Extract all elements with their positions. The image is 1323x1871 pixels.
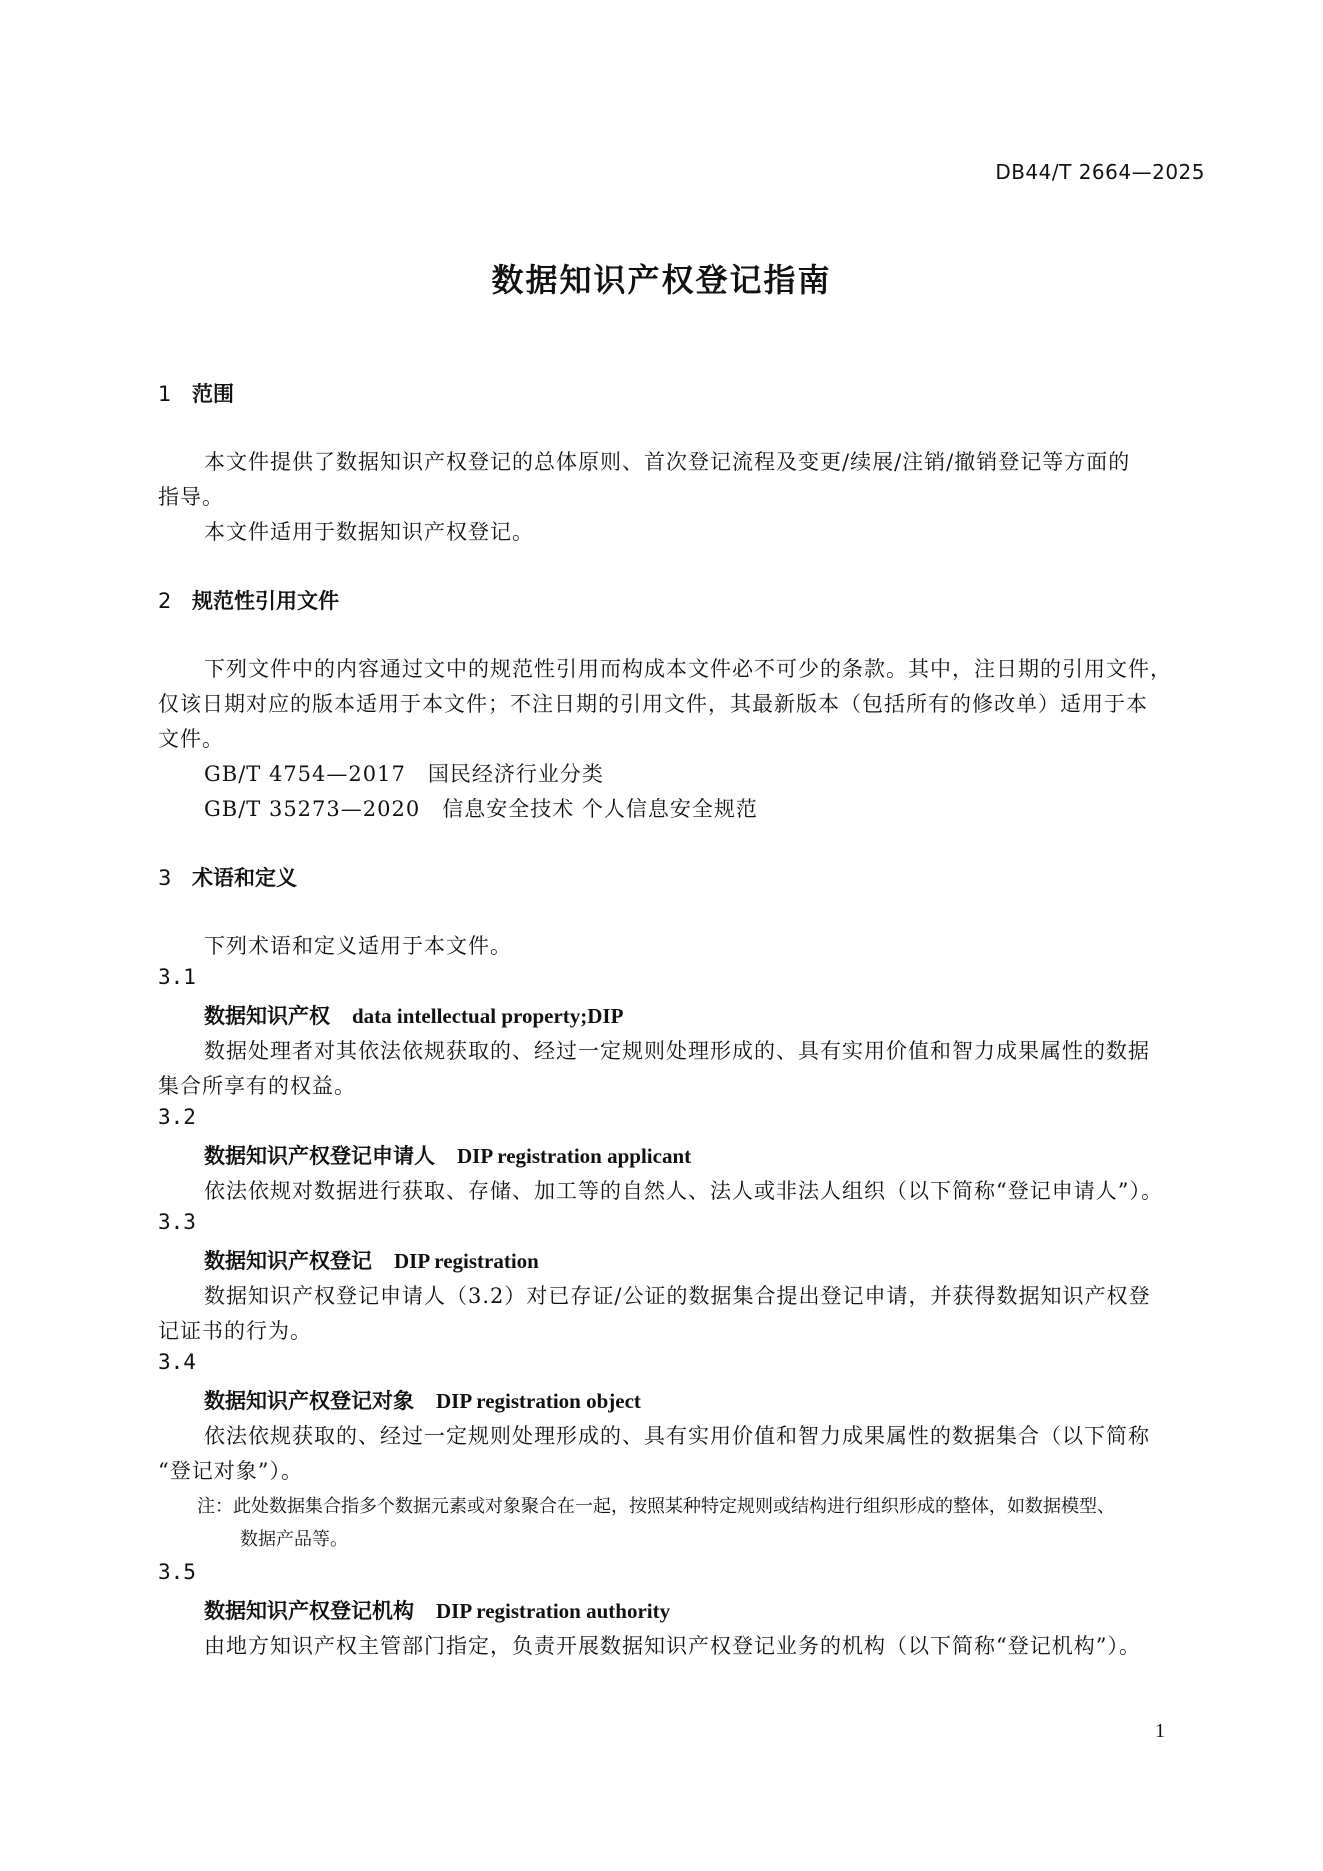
section-title: 规范性引用文件 bbox=[192, 589, 339, 613]
term-number: 3.3 bbox=[158, 1210, 196, 1234]
note: 注：此处数据集合指多个数据元素或对象聚合在一起，按照某种特定规则或结构进行组织形… bbox=[197, 1492, 1115, 1518]
section-3-heading: 3术语和定义 bbox=[158, 862, 297, 892]
term-en: DIP registration applicant bbox=[457, 1144, 691, 1168]
term-number: 3.2 bbox=[158, 1105, 196, 1129]
paragraph: 本文件适用于数据知识产权登记。 bbox=[204, 516, 534, 546]
term-definition: 记证书的行为。 bbox=[158, 1315, 312, 1345]
term-definition: 集合所享有的权益。 bbox=[158, 1070, 356, 1100]
paragraph: 本文件提供了数据知识产权登记的总体原则、首次登记流程及变更/续展/注销/撤销登记… bbox=[204, 446, 1130, 476]
document-title: 数据知识产权登记指南 bbox=[0, 255, 1323, 301]
section-1-heading: 1范围 bbox=[158, 378, 234, 408]
paragraph: 指导。 bbox=[158, 481, 224, 511]
section-2-heading: 2规范性引用文件 bbox=[158, 585, 339, 615]
term-zh: 数据知识产权 bbox=[204, 1003, 330, 1028]
term-definition: “登记对象”）。 bbox=[158, 1455, 303, 1485]
paragraph: 下列术语和定义适用于本文件。 bbox=[204, 930, 512, 960]
term-definition: 依法依规对数据进行获取、存储、加工等的自然人、法人或非法人组织（以下简称“登记申… bbox=[204, 1175, 1163, 1205]
term-title: 数据知识产权data intellectual property;DIP bbox=[204, 1000, 623, 1030]
term-en: DIP registration bbox=[394, 1249, 539, 1273]
paragraph: 下列文件中的内容通过文中的规范性引用而构成本文件必不可少的条款。其中，注日期的引… bbox=[204, 653, 1172, 683]
normative-reference: GB/T 4754—2017 国民经济行业分类 bbox=[204, 758, 604, 788]
note: 数据产品等。 bbox=[240, 1525, 348, 1551]
term-title: 数据知识产权登记对象DIP registration object bbox=[204, 1385, 641, 1415]
paragraph: 仅该日期对应的版本适用于本文件；不注日期的引用文件，其最新版本（包括所有的修改单… bbox=[158, 688, 1148, 718]
term-en: data intellectual property;DIP bbox=[352, 1004, 623, 1028]
term-number: 3.5 bbox=[158, 1560, 196, 1584]
page-number: 1 bbox=[1155, 1720, 1165, 1743]
term-en: DIP registration authority bbox=[436, 1599, 670, 1623]
normative-reference: GB/T 35273—2020 信息安全技术 个人信息安全规范 bbox=[204, 793, 758, 823]
section-title: 术语和定义 bbox=[192, 866, 297, 890]
section-number: 3 bbox=[158, 866, 192, 890]
section-number: 1 bbox=[158, 382, 192, 406]
term-definition: 数据处理者对其依法依规获取的、经过一定规则处理形成的、具有实用价值和智力成果属性… bbox=[204, 1035, 1150, 1065]
term-en: DIP registration object bbox=[436, 1389, 641, 1413]
term-number: 3.4 bbox=[158, 1350, 196, 1374]
term-zh: 数据知识产权登记 bbox=[204, 1248, 372, 1273]
term-definition: 由地方知识产权主管部门指定，负责开展数据知识产权登记业务的机构（以下简称“登记机… bbox=[204, 1630, 1141, 1660]
section-title: 范围 bbox=[192, 382, 234, 406]
term-definition: 依法依规获取的、经过一定规则处理形成的、具有实用价值和智力成果属性的数据集合（以… bbox=[204, 1420, 1150, 1450]
term-title: 数据知识产权登记申请人DIP registration applicant bbox=[204, 1140, 691, 1170]
term-zh: 数据知识产权登记机构 bbox=[204, 1598, 414, 1623]
term-zh: 数据知识产权登记对象 bbox=[204, 1388, 414, 1413]
section-number: 2 bbox=[158, 589, 192, 613]
term-title: 数据知识产权登记DIP registration bbox=[204, 1245, 539, 1275]
term-title: 数据知识产权登记机构DIP registration authority bbox=[204, 1595, 670, 1625]
term-zh: 数据知识产权登记申请人 bbox=[204, 1143, 435, 1168]
paragraph: 文件。 bbox=[158, 723, 224, 753]
term-number: 3.1 bbox=[158, 965, 196, 989]
document-number: DB44/T 2664—2025 bbox=[995, 160, 1205, 184]
term-definition: 数据知识产权登记申请人（3.2）对已存证/公证的数据集合提出登记申请，并获得数据… bbox=[204, 1280, 1150, 1310]
